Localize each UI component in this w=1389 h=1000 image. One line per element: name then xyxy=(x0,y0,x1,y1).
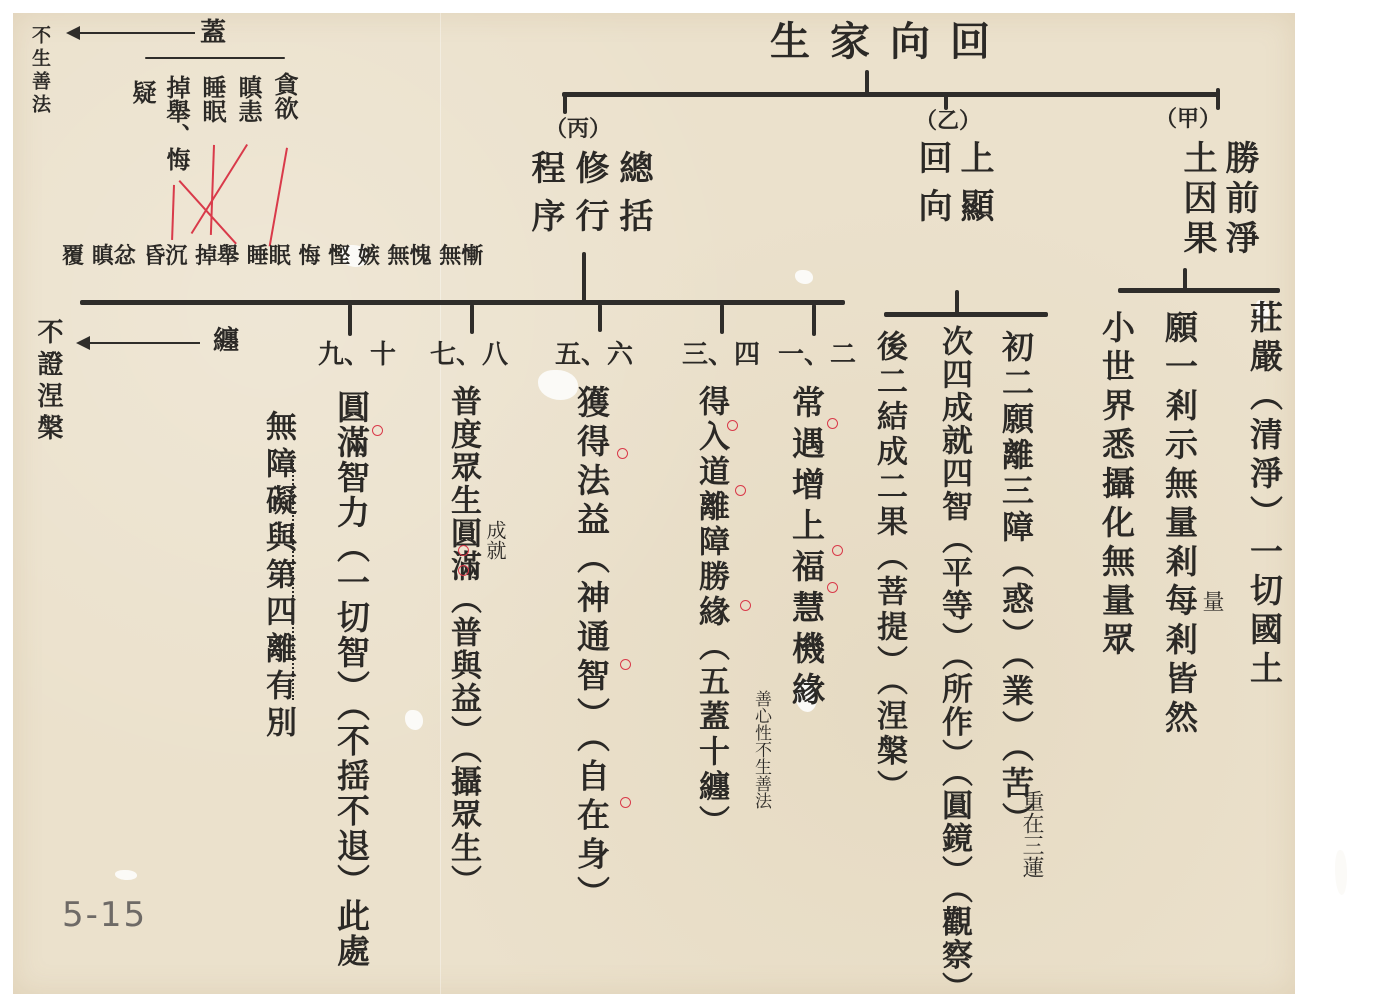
red-annotation-mark xyxy=(827,418,838,429)
left-bottom-item: 昏沉 xyxy=(143,243,187,269)
emphasis-circle-marks xyxy=(292,460,306,700)
branch-jia-connector xyxy=(1118,288,1280,293)
branch-jia-marker: （甲） xyxy=(1155,108,1221,130)
red-annotation-mark xyxy=(832,545,843,556)
branch-yi-item-3: 後二結成二果（菩提）（涅槃） xyxy=(873,330,904,805)
item-7-8-interlinear: 成就 xyxy=(485,520,505,560)
branch-jia-stem xyxy=(1183,268,1187,290)
red-annotation-mark xyxy=(735,485,746,496)
branch-bing-tick-7-8 xyxy=(470,304,474,334)
branch-yi-item-2: 次四成就四智（平等）（所作）（圓鏡）（觀察） xyxy=(938,325,969,1000)
left-bottom-heading: 纏 xyxy=(213,328,239,354)
document-title: 回向家生 xyxy=(770,22,1010,62)
arrow-left-bottom xyxy=(80,342,200,344)
item-1-2-label: 常遇增上福慧機緣 xyxy=(790,385,823,713)
left-top-item-5: 疑 xyxy=(130,80,154,104)
branch-yi-stem xyxy=(955,290,959,314)
item-numbers-5-6: 五、六 xyxy=(555,342,633,368)
red-annotation-mark xyxy=(827,582,838,593)
left-top-heading: 蓋 xyxy=(200,20,226,46)
paper-fold-crease xyxy=(440,13,441,994)
item-numbers-7-8: 七、八 xyxy=(430,342,508,368)
branch-bing-tick-1-2 xyxy=(812,304,816,336)
left-top-item-1: 貪欲 xyxy=(272,72,296,120)
left-bottom-item: 覆 xyxy=(62,243,84,269)
red-annotation-mark xyxy=(458,545,469,556)
item-3-4-label: 得入道離障勝緣（五蓋十纏） xyxy=(695,385,726,840)
branch-bing-marker: （丙） xyxy=(545,118,611,140)
left-top-arrow-target: 不生善法 xyxy=(30,25,49,117)
left-bottom-item: 慳 xyxy=(328,243,350,269)
paper-damage-spot xyxy=(115,870,137,880)
left-top-item-2: 瞋恚 xyxy=(236,75,260,123)
tree-connector-stem xyxy=(865,70,869,94)
branch-bing-tick-5-6 xyxy=(598,304,602,332)
item-5-6-label: 獲得法益（神通智）（自在身） xyxy=(575,385,608,915)
paper-damage-spot xyxy=(795,270,813,284)
branch-jia-label: 勝前淨土因果 xyxy=(1170,140,1260,260)
left-bottom-item: 睡眠 xyxy=(247,243,291,269)
left-bottom-item: 瞋忿 xyxy=(92,243,136,269)
arrow-left-top xyxy=(70,32,195,34)
branch-yi-item-1-note: 重在三蓮 xyxy=(1020,790,1042,878)
item-numbers-9-10: 九、十 xyxy=(318,342,396,368)
left-top-item-4: 掉舉、悔 xyxy=(164,75,188,171)
note-column: 無障礙與第四離有別 xyxy=(262,410,293,743)
red-annotation-mark xyxy=(372,425,383,436)
branch-bing-tick-9-10 xyxy=(348,304,352,336)
tree-connector-top xyxy=(562,92,1220,97)
red-annotation-mark xyxy=(620,797,631,808)
item-numbers-1-2: 一、二 xyxy=(778,342,856,368)
left-bottom-item: 悔 xyxy=(298,243,320,269)
left-top-item-3: 睡眠 xyxy=(200,75,224,123)
left-top-bracket xyxy=(145,57,285,59)
left-bottom-item: 掉舉 xyxy=(195,243,239,269)
red-annotation-mark xyxy=(620,659,631,670)
left-bottom-items: 覆 瞋忿 昏沉 掉舉 睡眠 悔 慳 嫉 無愧 無慚 xyxy=(62,245,483,267)
left-bottom-item: 無慚 xyxy=(439,243,483,269)
paper-damage-spot xyxy=(1335,850,1347,895)
left-bottom-brace xyxy=(82,302,382,305)
branch-jia-item-1: 莊嚴（清淨）一切國土 xyxy=(1248,300,1281,690)
item-numbers-3-4: 三、四 xyxy=(682,342,760,368)
item-9-10-label: 圓滿智力（一切智）（不揺不退）此處 xyxy=(335,390,368,969)
item-7-8-label: 普度眾生圓滿（普與益）（攝眾生） xyxy=(447,385,478,898)
item-3-4-note: 善心性不生善法 xyxy=(752,690,769,809)
red-annotation-mark xyxy=(740,600,751,611)
left-bottom-arrow-target: 不證涅槃 xyxy=(35,318,61,446)
branch-jia-item-2: 願一剎示無量剎每剎皆然 xyxy=(1163,310,1196,739)
pencil-catalog-number: 5-15 xyxy=(62,895,147,935)
red-annotation-mark xyxy=(727,420,738,431)
branch-bing-stem xyxy=(582,252,586,302)
branch-yi-marker: （乙） xyxy=(915,110,981,132)
branch-jia-item-2-interlinear: 量 xyxy=(1200,590,1222,612)
tree-connector-branch-bing xyxy=(563,92,567,114)
branch-bing-tick-3-4 xyxy=(720,304,724,334)
branch-yi-label: 上顯回向 xyxy=(905,140,995,260)
left-bottom-item: 無愧 xyxy=(388,243,432,269)
left-bottom-item: 嫉 xyxy=(358,243,380,269)
red-annotation-mark xyxy=(458,565,469,576)
branch-jia-item-3: 小世界悉攝化無量眾 xyxy=(1100,310,1133,661)
branch-yi-item-1: 初二願離三障（惑）（業）（苦） xyxy=(1000,330,1032,838)
red-annotation-mark xyxy=(617,448,628,459)
paper-damage-spot xyxy=(405,710,423,730)
branch-yi-connector xyxy=(884,312,1048,317)
